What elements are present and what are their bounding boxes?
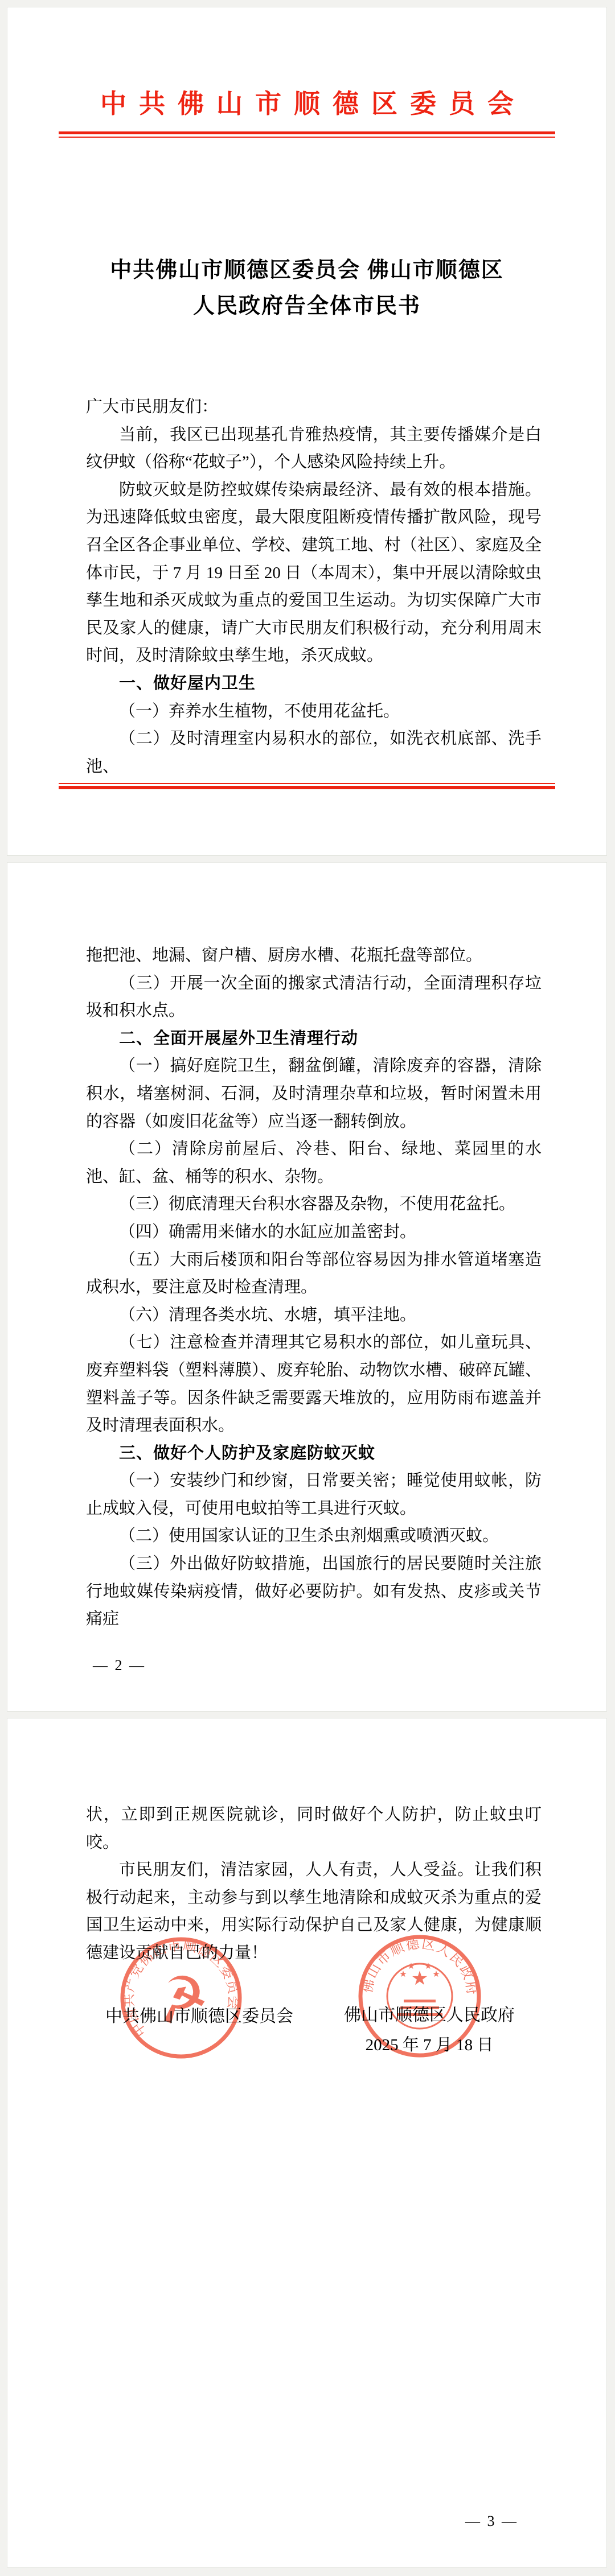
letterhead-org-title: 中共佛山市顺德区委员会: [7, 7, 606, 120]
list-item-2-4: （四）确需用来储水的水缸应加盖密封。: [86, 1218, 542, 1246]
emblem-small-star-icon: ★: [399, 1969, 407, 1979]
emblem-small-star-icon: ★: [424, 1961, 432, 1971]
emblem-gate-bar: [400, 2006, 439, 2009]
list-item-3-3-part1: （三）外出做好防蚊措施，出国旅行的居民要随时关注旅行地蚊媒传染病疫情，做好必要防…: [86, 1550, 542, 1633]
letterhead-rule-thick: [59, 131, 555, 134]
page-3-body: 状，立即到正规医院就诊，同时做好个人防护，防止蚊虫叮咬。 市民朋友们，清洁家园，…: [7, 1718, 606, 1967]
list-item-2-5: （五）大雨后楼顶和阳台等部位容易因为排水管道堵塞造成积水，要注意及时检查清理。: [86, 1246, 542, 1301]
list-item-2-1: （一）搞好庭院卫生，翻盆倒罐，清除废弃的容器，清除积水，堵塞树洞、石洞，及时清理…: [86, 1052, 542, 1135]
letterhead-rule-thin: [59, 137, 555, 138]
list-item-1-2-part1: （二）及时清理室内易积水的部位，如洗衣机底部、洗手池、: [86, 725, 542, 780]
footer-rule-thick: [59, 786, 555, 789]
page-1-body: 广大市民朋友们： 当前，我区已出现基孔肯雅热疫情，其主要传播媒介是白纹伊蚊（俗称…: [7, 324, 606, 780]
section-heading-3: 三、做好个人防护及家庭防蚊灭蚊: [86, 1440, 542, 1468]
document-page-2: 拖把池、地漏、窗户槽、厨房水槽、花瓶托盘等部位。 （三）开展一次全面的搬家式清洁…: [7, 862, 607, 1712]
list-item-2-3: （三）彻底清理天台积水容器及杂物，不使用花盆托。: [86, 1190, 542, 1218]
list-item-1-1: （一）弃养水生植物，不使用花盆托。: [86, 698, 542, 726]
list-item-3-2: （二）使用国家认证的卫生杀虫剂烟熏或喷洒灭蚊。: [86, 1522, 542, 1550]
hammer-sickle-icon: ☭: [147, 1959, 216, 2039]
document-page-1: 中共佛山市顺德区委员会 中共佛山市顺德区委员会 佛山市顺德区人民政府告全体市民书…: [7, 7, 607, 856]
paragraph-mobilization: 防蚊灭蚊是防控蚊媒传染病最经济、最有效的根本措施。为迅速降低蚊虫密度，最大限度阻…: [86, 476, 542, 670]
list-item-2-7: （七）注意检查并清理其它易积水的部位，如儿童玩具、废弃塑料袋（塑料薄膜）、废弃轮…: [86, 1329, 542, 1439]
section-heading-2: 二、全面开展屋外卫生清理行动: [86, 1025, 542, 1053]
document-title-line1: 中共佛山市顺德区委员会 佛山市顺德区: [110, 258, 504, 282]
page-1-footer-rules: [7, 783, 606, 789]
list-item-3-3-part2: 状，立即到正规医院就诊，同时做好个人防护，防止蚊虫叮咬。: [86, 1801, 542, 1856]
emblem-gate-bar: [404, 2000, 436, 2002]
emblem-small-star-icon: ★: [432, 1969, 440, 1979]
district-government-seal: 佛山市顺德区人民政府 ★ ★ ★ ★ ★: [356, 1932, 483, 2060]
section-heading-1: 一、做好屋内卫生: [86, 670, 542, 698]
list-item-2-6: （六）清理各类水坑、水塘，填平洼地。: [86, 1301, 542, 1329]
list-item-1-3: （三）开展一次全面的搬家式清洁行动，全面清理积存垃圾和积水点。: [86, 970, 542, 1025]
page-2-body: 拖把池、地漏、窗户槽、厨房水槽、花瓶托盘等部位。 （三）开展一次全面的搬家式清洁…: [7, 863, 606, 1633]
page-number-3: — 3 —: [465, 2513, 518, 2530]
document-title-line2: 人民政府告全体市民书: [193, 294, 421, 318]
list-item-1-2-part2: 拖把池、地漏、窗户槽、厨房水槽、花瓶托盘等部位。: [86, 942, 542, 970]
paragraph-epidemic-intro: 当前，我区已出现基孔肯雅热疫情，其主要传播媒介是白纹伊蚊（俗称“花蚊子”），个人…: [86, 421, 542, 476]
emblem-small-star-icon: ★: [407, 1961, 415, 1971]
document-page-3: 状，立即到正规医院就诊，同时做好个人防护，防止蚊虫叮咬。 市民朋友们，清洁家园，…: [7, 1718, 607, 2567]
emblem-gate-bar: [397, 2013, 442, 2016]
list-item-3-1: （一）安装纱门和纱窗，日常要关密；睡觉使用蚊帐，防止成蚊入侵，可使用电蚊拍等工具…: [86, 1467, 542, 1522]
list-item-2-2: （二）清除房前屋后、冷巷、阳台、绿地、菜园里的水池、缸、盆、桶等的积水、杂物。: [86, 1135, 542, 1190]
document-title: 中共佛山市顺德区委员会 佛山市顺德区人民政府告全体市民书: [7, 253, 606, 324]
footer-rule-thin: [59, 783, 555, 784]
page-number-2: — 2 —: [93, 1657, 146, 1674]
salutation: 广大市民朋友们：: [86, 393, 542, 421]
